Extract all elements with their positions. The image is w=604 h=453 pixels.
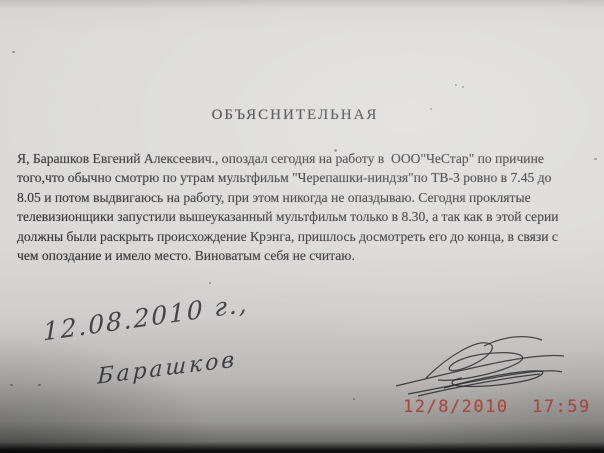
dust-speck xyxy=(353,398,355,400)
body-line: телевизионщики запустили вышеуказанный м… xyxy=(17,207,598,226)
dust-speck xyxy=(334,149,337,152)
dust-speck xyxy=(455,84,457,86)
photo-of-document: ОБЪЯСНИТЕЛЬНАЯ Я, Барашков Евгений Алекс… xyxy=(0,0,604,453)
handwritten-signature-name: Барашков xyxy=(97,347,237,389)
dust-speck xyxy=(38,384,41,386)
document-body: Я, Барашков Евгений Алексеевич., опоздал… xyxy=(17,149,598,265)
camera-timestamp: 12/8/2010 17:59 xyxy=(403,397,591,417)
body-line: Я, Барашков Евгений Алексеевич., опоздал… xyxy=(17,149,598,168)
dust-speck xyxy=(594,158,597,160)
dust-speck xyxy=(430,108,432,110)
body-line: того,что обычно смотрю по утрам мультфил… xyxy=(17,168,598,187)
body-line: должны были раскрыть происхождение Крэнг… xyxy=(17,227,598,246)
body-line: чем опоздание и имело место. Виноватым с… xyxy=(17,246,598,265)
dust-speck xyxy=(462,86,464,88)
dust-speck xyxy=(10,384,13,386)
dust-speck xyxy=(12,51,15,53)
document-title: ОБЪЯСНИТЕЛЬНАЯ xyxy=(0,107,597,124)
body-line: 8.05 и потом выдвигаюсь на работу, при э… xyxy=(17,188,598,207)
handwritten-date: 12.08.2010 г., xyxy=(43,288,249,346)
signature-scribble-icon xyxy=(392,330,572,405)
dust-speck xyxy=(209,282,211,284)
